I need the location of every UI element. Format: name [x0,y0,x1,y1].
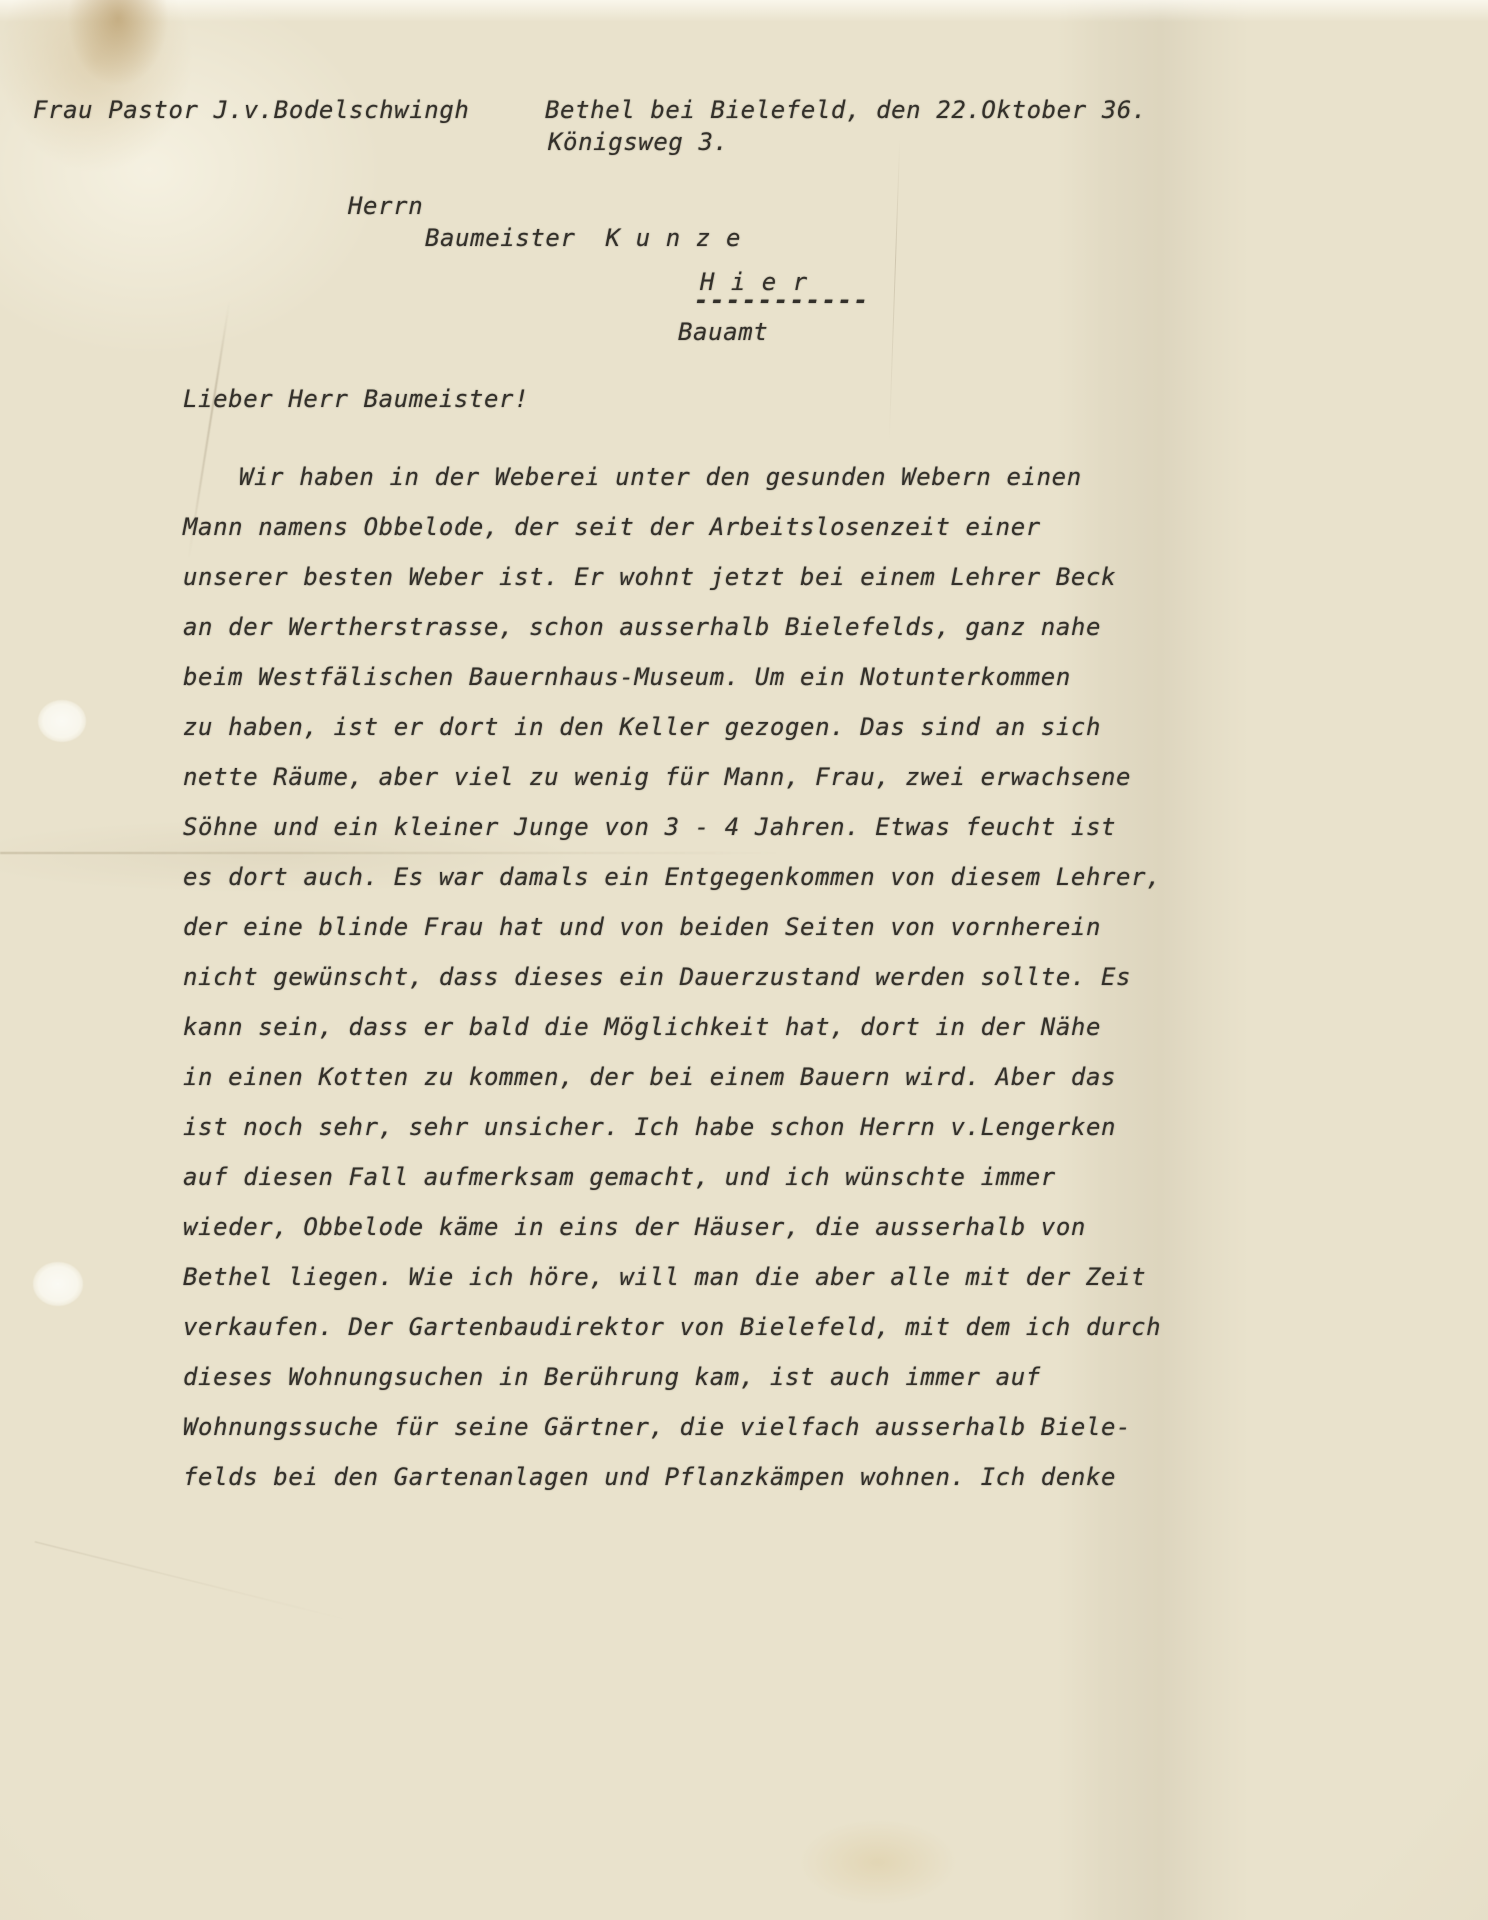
sender-street: Königsweg 3. [548,128,729,156]
body-line: auf diesen Fall aufmerksam gemacht, und … [183,1152,1203,1202]
body-line: beim Westfälischen Bauernhaus-Museum. Um… [183,652,1203,702]
body-line: Wir haben in der Weberei unter den gesun… [183,452,1203,502]
punch-hole-bottom [33,1262,83,1306]
body-line: nicht gewünscht, dass dieses ein Dauerzu… [183,952,1203,1002]
body-line: Söhne und ein kleiner Junge von 3 - 4 Ja… [183,802,1203,852]
salutation: Lieber Herr Baumeister! [183,385,529,413]
body-line: dieses Wohnungsuchen in Berührung kam, i… [183,1352,1203,1402]
body-line: Mann namens Obbelode, der seit der Arbei… [183,502,1203,552]
body-line: an der Wertherstrasse, schon ausserhalb … [183,602,1203,652]
body-line: zu haben, ist er dort in den Keller gezo… [183,702,1203,752]
body-line: ist noch sehr, sehr unsicher. Ich habe s… [183,1102,1203,1152]
body-line: nette Räume, aber viel zu wenig für Mann… [183,752,1203,802]
body-line: wieder, Obbelode käme in eins der Häuser… [183,1202,1203,1252]
body-line: Bethel liegen. Wie ich höre, will man di… [183,1252,1203,1302]
letter-page: Frau Pastor J.v.Bodelschwingh Bethel bei… [0,0,1488,1920]
recipient-department: Bauamt [678,318,768,346]
body-line: unserer besten Weber ist. Er wohnt jetzt… [183,552,1203,602]
body-line: in einen Kotten zu kommen, der bei einem… [183,1052,1203,1102]
place-date-line: Bethel bei Bielefeld, den 22.Oktober 36. [545,96,1147,124]
body-line: verkaufen. Der Gartenbaudirektor von Bie… [183,1302,1203,1352]
body-line: der eine blinde Frau hat und von beiden … [183,902,1203,952]
crease-line-bottom [35,1541,346,1619]
body-line: Wohnungssuche für seine Gärtner, die vie… [183,1402,1203,1452]
body-line: es dort auch. Es war damals ein Entgegen… [183,852,1203,902]
crease-line-vertical [889,140,900,440]
recipient-name: Baumeister K u n z e [425,224,741,252]
letter-body: Wir haben in der Weberei unter den gesun… [183,452,1203,1502]
body-line: kann sein, dass er bald die Möglichkeit … [183,1002,1203,1052]
sender-name: Frau Pastor J.v.Bodelschwingh [33,96,469,124]
recipient-title: Herrn [348,192,423,220]
typed-underline: ----------- [694,286,869,314]
body-line: felds bei den Gartenanlagen und Pflanzkä… [183,1452,1203,1502]
punch-hole-top [38,700,86,742]
